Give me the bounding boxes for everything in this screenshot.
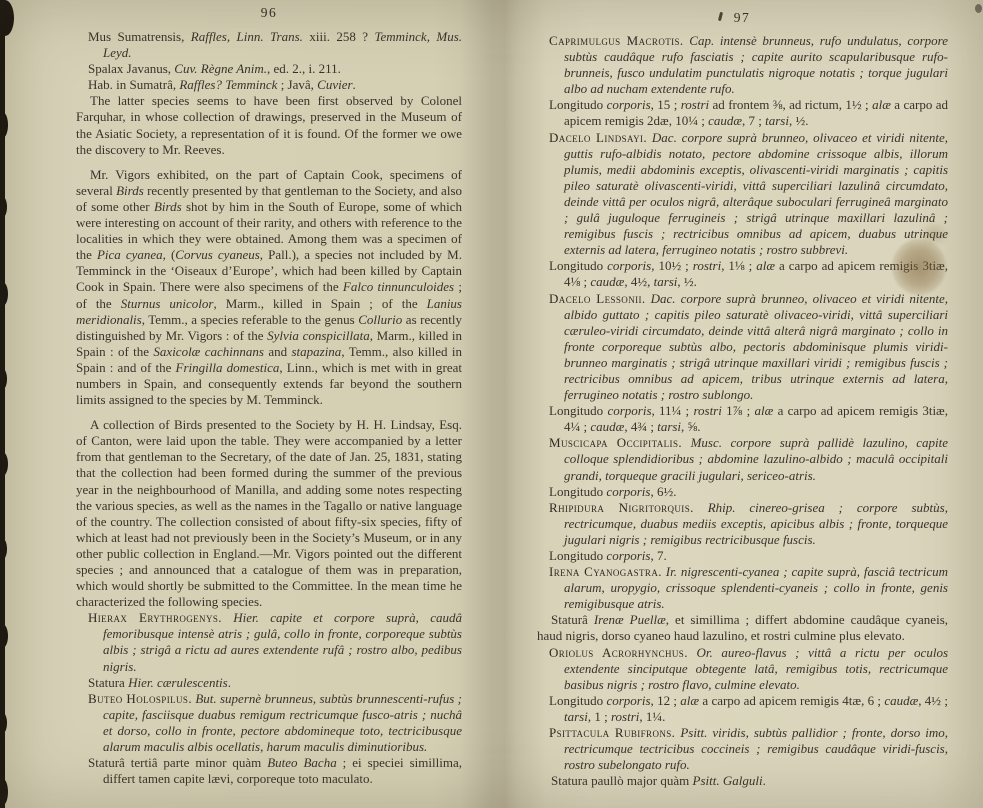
para-vigors-exhibited: Mr. Vigors exhibited, on the part of Cap… xyxy=(76,167,462,408)
species-irena-cyanogastra: Irena Cyanogastra. Ir. nigrescenti-cyane… xyxy=(537,564,948,612)
text-run: Birds xyxy=(154,199,182,214)
text-run: . xyxy=(353,77,356,92)
text-run: rostri xyxy=(693,403,721,418)
text-run: Psittacula Rubifrons. xyxy=(549,725,675,740)
text-run: . xyxy=(228,675,231,690)
text-run: Longitudo xyxy=(549,548,606,563)
text-run xyxy=(682,435,691,450)
text-run: Statura paullò major quàm xyxy=(551,773,693,788)
text-run: , 4¾ ; xyxy=(624,419,657,434)
text-run: Hab. in Sumatrâ, xyxy=(88,77,179,92)
text-run: A collection of Birds presented to the S… xyxy=(76,417,462,609)
page-96-text: Mus Sumatrensis, Raffles, Linn. Trans. x… xyxy=(76,29,462,787)
text-run: alæ xyxy=(680,693,699,708)
text-run: . xyxy=(763,773,766,788)
text-run: Staturâ xyxy=(551,612,594,627)
ref-mus-sumatrensis: Mus Sumatrensis, Raffles, Linn. Trans. x… xyxy=(76,29,462,61)
longitudo-rhipidura: Longitudo corporis, 7. xyxy=(537,548,948,564)
text-run: a carpo ad apicem remigis 4tæ, 6 ; xyxy=(699,693,884,708)
text-run: ; Javâ, xyxy=(277,77,317,92)
text-run: Raffles, Linn. Trans. xyxy=(191,29,303,44)
longitudo-oriolus: Longitudo corporis, 12 ; alæ a carpo ad … xyxy=(537,693,948,725)
species-oriolus-acrorhynchus: Oriolus Acrorhynchus. Or. aureo-flavus ;… xyxy=(537,645,948,693)
species-caprimulgus-macrotis: Caprimulgus Macrotis. Cap. intensè brunn… xyxy=(537,33,948,97)
text-run: corporis xyxy=(606,693,650,708)
text-run: tarsi xyxy=(564,709,588,724)
text-run: Spalax Javanus, xyxy=(88,61,174,76)
text-run: alæ xyxy=(755,403,774,418)
text-run: corporis xyxy=(607,403,651,418)
text-run: stapazina xyxy=(291,344,341,359)
statura-irena: Staturâ Irenæ Puellæ, et simillima ; dif… xyxy=(537,612,948,644)
text-run: Collurio xyxy=(358,312,402,327)
text-run: Sturnus unicolor xyxy=(121,296,214,311)
species-buteo-holospilus: Buteo Holospilus. But. supernè brunneus,… xyxy=(76,691,462,755)
text-run: Sylvia conspicillata xyxy=(267,328,370,343)
text-run: , ed. 2., i. 211. xyxy=(267,61,341,76)
text-run: Birds xyxy=(116,183,144,198)
text-run: , 10½ ; xyxy=(651,258,693,273)
text-run: Dacelo Lessonii. xyxy=(549,291,646,306)
text-run: , 4½ ; xyxy=(918,693,948,708)
ref-spalax-javanus: Spalax Javanus, Cuv. Règne Anim., ed. 2.… xyxy=(76,61,462,77)
text-run: Saxicolæ cachinnans xyxy=(153,344,264,359)
text-run: , 15 ; xyxy=(651,97,681,112)
text-run: , 1 ; xyxy=(588,709,611,724)
text-run: caudæ xyxy=(590,419,624,434)
text-run: alæ xyxy=(872,97,891,112)
text-run: , ( xyxy=(163,247,176,262)
longitudo-dacelo-lindsayi: Longitudo corporis, 10½ ; rostri, 1⅛ ; a… xyxy=(537,258,948,290)
corner-speck xyxy=(975,4,982,13)
text-run: Irenæ Puellæ xyxy=(594,612,666,627)
text-run: Caprimulgus Macrotis. xyxy=(549,33,684,48)
species-muscicapa-occipitalis: Muscicapa Occipitalis. Musc. corpore sup… xyxy=(537,435,948,483)
text-run: , 1⅛ ; xyxy=(721,258,756,273)
text-run: tarsi xyxy=(654,274,678,289)
text-run: Falco tinnunculoides xyxy=(343,279,454,294)
text-run: and xyxy=(264,344,292,359)
text-run: corporis xyxy=(606,548,650,563)
para-lindsay-collection: A collection of Birds presented to the S… xyxy=(76,417,462,610)
text-run: Cuv. Règne Anim. xyxy=(174,61,267,76)
text-run: Rhipidura Nigritorquis. xyxy=(549,500,694,515)
statura-psittacula: Statura paullò major quàm Psitt. Galguli… xyxy=(537,773,948,789)
text-run: caudæ xyxy=(590,274,624,289)
page-97-text: Caprimulgus Macrotis. Cap. intensè brunn… xyxy=(537,33,948,789)
text-run xyxy=(222,610,233,625)
text-run: Dacelo Lindsayi. xyxy=(549,130,647,145)
text-run: corporis xyxy=(607,97,651,112)
statura-buteo: Staturâ tertiâ parte minor quàm Buteo Ba… xyxy=(76,755,462,787)
text-run: xiii. 258 ? xyxy=(303,29,375,44)
longitudo-caprimulgus: Longitudo corporis, 15 ; rostri ad front… xyxy=(537,97,948,129)
text-run: 1⅞ ; xyxy=(722,403,755,418)
text-run: Cuvier xyxy=(317,77,352,92)
text-run: Staturâ tertiâ parte minor quàm xyxy=(88,755,267,770)
text-run: Longitudo xyxy=(549,97,607,112)
text-run: Dac. corpore suprà brunneo, olivaceo et … xyxy=(564,130,948,258)
text-run: Longitudo xyxy=(549,258,607,273)
species-hierax-erythrogenys: Hierax Erythrogenys. Hier. capite et cor… xyxy=(76,610,462,674)
text-run: tarsi xyxy=(657,419,681,434)
longitudo-muscicapa: Longitudo corporis, 6½. xyxy=(537,484,948,500)
text-run: Hierax Erythrogenys. xyxy=(88,610,222,625)
text-run: Muscicapa Occipitalis. xyxy=(549,435,682,450)
text-run xyxy=(694,500,708,515)
page-97: 97 Caprimulgus Macrotis. Cap. intensè br… xyxy=(483,0,983,808)
text-run: , ⅝. xyxy=(681,419,701,434)
text-run: , Marm., killed in Spain ; of the xyxy=(213,296,426,311)
text-run: rostri xyxy=(693,258,721,273)
text-run: corporis xyxy=(607,258,651,273)
text-run: Irena Cyanogastra. xyxy=(549,564,662,579)
text-run: caudæ xyxy=(708,113,742,128)
species-dacelo-lindsayi: Dacelo Lindsayi. Dac. corpore suprà brun… xyxy=(537,130,948,259)
text-run: Fringilla domestica xyxy=(176,360,280,375)
text-run: , 6½. xyxy=(650,484,676,499)
text-run: Mus Sumatrensis, xyxy=(88,29,191,44)
page-number-right: 97 xyxy=(537,10,947,26)
para-latter-species: The latter species seems to have been fi… xyxy=(76,93,462,157)
text-run: tarsi xyxy=(765,113,789,128)
species-dacelo-lessonii: Dacelo Lessonii. Dac. corpore suprà brun… xyxy=(537,291,948,404)
text-run: Buteo Holospilus. xyxy=(88,691,192,706)
text-run: Longitudo xyxy=(549,484,606,499)
text-run: , 11¼ ; xyxy=(652,403,694,418)
text-run: rostri xyxy=(611,709,639,724)
text-run: , 7 ; xyxy=(742,113,765,128)
ref-habitat: Hab. in Sumatrâ, Raffles? Temminck ; Jav… xyxy=(76,77,462,93)
text-run: Buteo Bacha xyxy=(267,755,337,770)
text-run: Longitudo xyxy=(549,693,606,708)
text-run: , 12 ; xyxy=(651,693,681,708)
text-run: Dac. corpore suprà brunneo, olivaceo et … xyxy=(564,291,948,403)
text-run: Raffles? Temminck xyxy=(179,77,277,92)
statura-hierax: Statura Hier. cærulescentis. xyxy=(76,675,462,691)
text-run: caudæ xyxy=(884,693,918,708)
page-number-left: 96 xyxy=(76,5,462,21)
text-run: , Temm., a species referable to the genu… xyxy=(142,312,358,327)
text-run: , ½. xyxy=(677,274,697,289)
page-96: 96 Mus Sumatrensis, Raffles, Linn. Trans… xyxy=(0,0,483,808)
text-run: , ½. xyxy=(789,113,809,128)
text-run: alæ xyxy=(756,258,775,273)
text-run: Pica cyanea xyxy=(97,247,163,262)
text-run: ad frontem ⅜, ad rictum, 1½ ; xyxy=(709,97,872,112)
text-run: Psitt. Galguli xyxy=(693,773,763,788)
text-run: Longitudo xyxy=(549,403,607,418)
text-run: corporis xyxy=(606,484,650,499)
text-run: , 1¼. xyxy=(639,709,665,724)
text-run: , 4½, xyxy=(624,274,653,289)
book-scan: 96 Mus Sumatrensis, Raffles, Linn. Trans… xyxy=(0,0,983,808)
text-run: Corvus cyaneus xyxy=(175,247,260,262)
text-run: Statura xyxy=(88,675,128,690)
text-run: Hier. cærulescentis xyxy=(128,675,228,690)
longitudo-dacelo-lessonii: Longitudo corporis, 11¼ ; rostri 1⅞ ; al… xyxy=(537,403,948,435)
text-run: Oriolus Acrorhynchus. xyxy=(549,645,688,660)
species-rhipidura-nigritorquis: Rhipidura Nigritorquis. Rhip. cinereo-gr… xyxy=(537,500,948,548)
text-run: rostri xyxy=(681,97,709,112)
species-psittacula-rubifrons: Psittacula Rubifrons. Psitt. viridis, su… xyxy=(537,725,948,773)
text-run: The latter species seems to have been fi… xyxy=(76,93,462,156)
stain-mark-large xyxy=(892,239,946,295)
text-run: , 7. xyxy=(650,548,666,563)
